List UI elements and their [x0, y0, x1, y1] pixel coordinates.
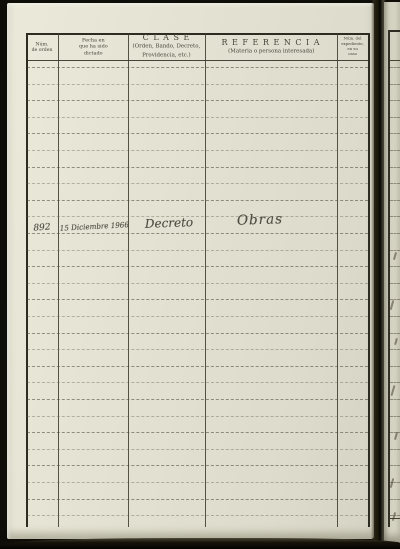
next-page-row-line: [390, 67, 400, 68]
row-line: [27, 283, 368, 284]
next-page-row-line: [390, 399, 400, 400]
column-divider-4: [337, 33, 338, 527]
header-referencia-title: R E F E R E N C I A: [216, 38, 326, 47]
next-page-row-line: [390, 233, 400, 234]
row-line: [27, 449, 368, 450]
table-left-border: [26, 33, 28, 527]
row-line: [27, 366, 368, 367]
row-line: [27, 183, 368, 184]
row-line: [27, 432, 368, 433]
next-page-row-line: [390, 150, 400, 151]
header-expediente-line4: caso: [341, 52, 364, 57]
header-clase: C L A S E (Orden, Bando, Decreto, Provid…: [128, 34, 205, 60]
row-line: [27, 250, 368, 251]
next-page-row-line: [390, 515, 400, 516]
header-num-orden-line2: de orden: [32, 47, 53, 53]
next-page-row-line: [390, 183, 400, 184]
column-divider-2: [128, 33, 129, 527]
row-line: [27, 150, 368, 151]
next-page-row-line: [390, 133, 400, 134]
next-page-row-line: [390, 465, 400, 466]
next-page-row-line: [390, 333, 400, 334]
row-line: [27, 266, 368, 267]
row-line: [27, 100, 368, 101]
next-page-row-line: [390, 266, 400, 267]
entry-clase: Decreto: [133, 215, 205, 232]
header-expediente: Núm. del expediente, en su caso: [337, 34, 368, 60]
row-line: [27, 399, 368, 400]
row-line: [27, 167, 368, 168]
table-right-border: [368, 33, 370, 527]
header-num-orden-line1: Núm.: [32, 41, 53, 47]
next-page-row-line: [390, 499, 400, 500]
row-line: [27, 349, 368, 350]
next-page-row-line: [390, 200, 400, 201]
row-line: [27, 499, 368, 500]
header-clase-title: C L A S E: [123, 33, 210, 42]
header-clase-sub2: Providencia, etc.): [133, 52, 201, 59]
entry-referencia: Obras: [224, 211, 297, 230]
row-line: [27, 382, 368, 383]
next-page-row-line: [390, 117, 400, 118]
next-page-row-line: [390, 216, 400, 217]
header-clase-sub1: (Orden, Bando, Decreto,: [133, 43, 201, 50]
next-page-row-line: [390, 366, 400, 367]
row-line: [27, 416, 368, 417]
row-line: [27, 482, 368, 483]
next-page-row-line: [390, 167, 400, 168]
next-page-row-line: [390, 84, 400, 85]
header-referencia-sub: (Materia o persona interesada): [228, 48, 314, 55]
header-fecha-line3: dictado: [79, 50, 108, 56]
next-page-row-line: [390, 316, 400, 317]
row-line: [27, 67, 368, 68]
next-page-table-border: [388, 30, 390, 527]
row-line: [27, 515, 368, 516]
row-line: [27, 333, 368, 334]
row-line: [27, 200, 368, 201]
next-page-row-line: [390, 382, 400, 383]
header-num-orden: Núm. de orden: [26, 34, 58, 60]
row-line: [27, 233, 368, 234]
row-line: [27, 465, 368, 466]
header-referencia: R E F E R E N C I A (Materia o persona i…: [205, 34, 337, 60]
next-page-header-separator: [390, 60, 400, 61]
row-line: [27, 117, 368, 118]
next-page-row-line: [390, 283, 400, 284]
next-page-row-line: [390, 100, 400, 101]
scanned-ledger-screenshot: Núm. de orden Fecha en que ha sido dicta…: [0, 0, 400, 549]
row-line: [27, 84, 368, 85]
header-fecha: Fecha en que ha sido dictado: [58, 34, 128, 60]
next-page-row-line: [390, 416, 400, 417]
row-line: [27, 316, 368, 317]
book-bottom-edge: [0, 538, 400, 549]
row-line: [27, 299, 368, 300]
next-page-row-line: [390, 449, 400, 450]
next-page-row-line: [390, 349, 400, 350]
next-page-row-line: [390, 250, 400, 251]
column-divider-3: [205, 33, 206, 527]
row-line: [27, 133, 368, 134]
column-divider-1: [58, 33, 59, 527]
